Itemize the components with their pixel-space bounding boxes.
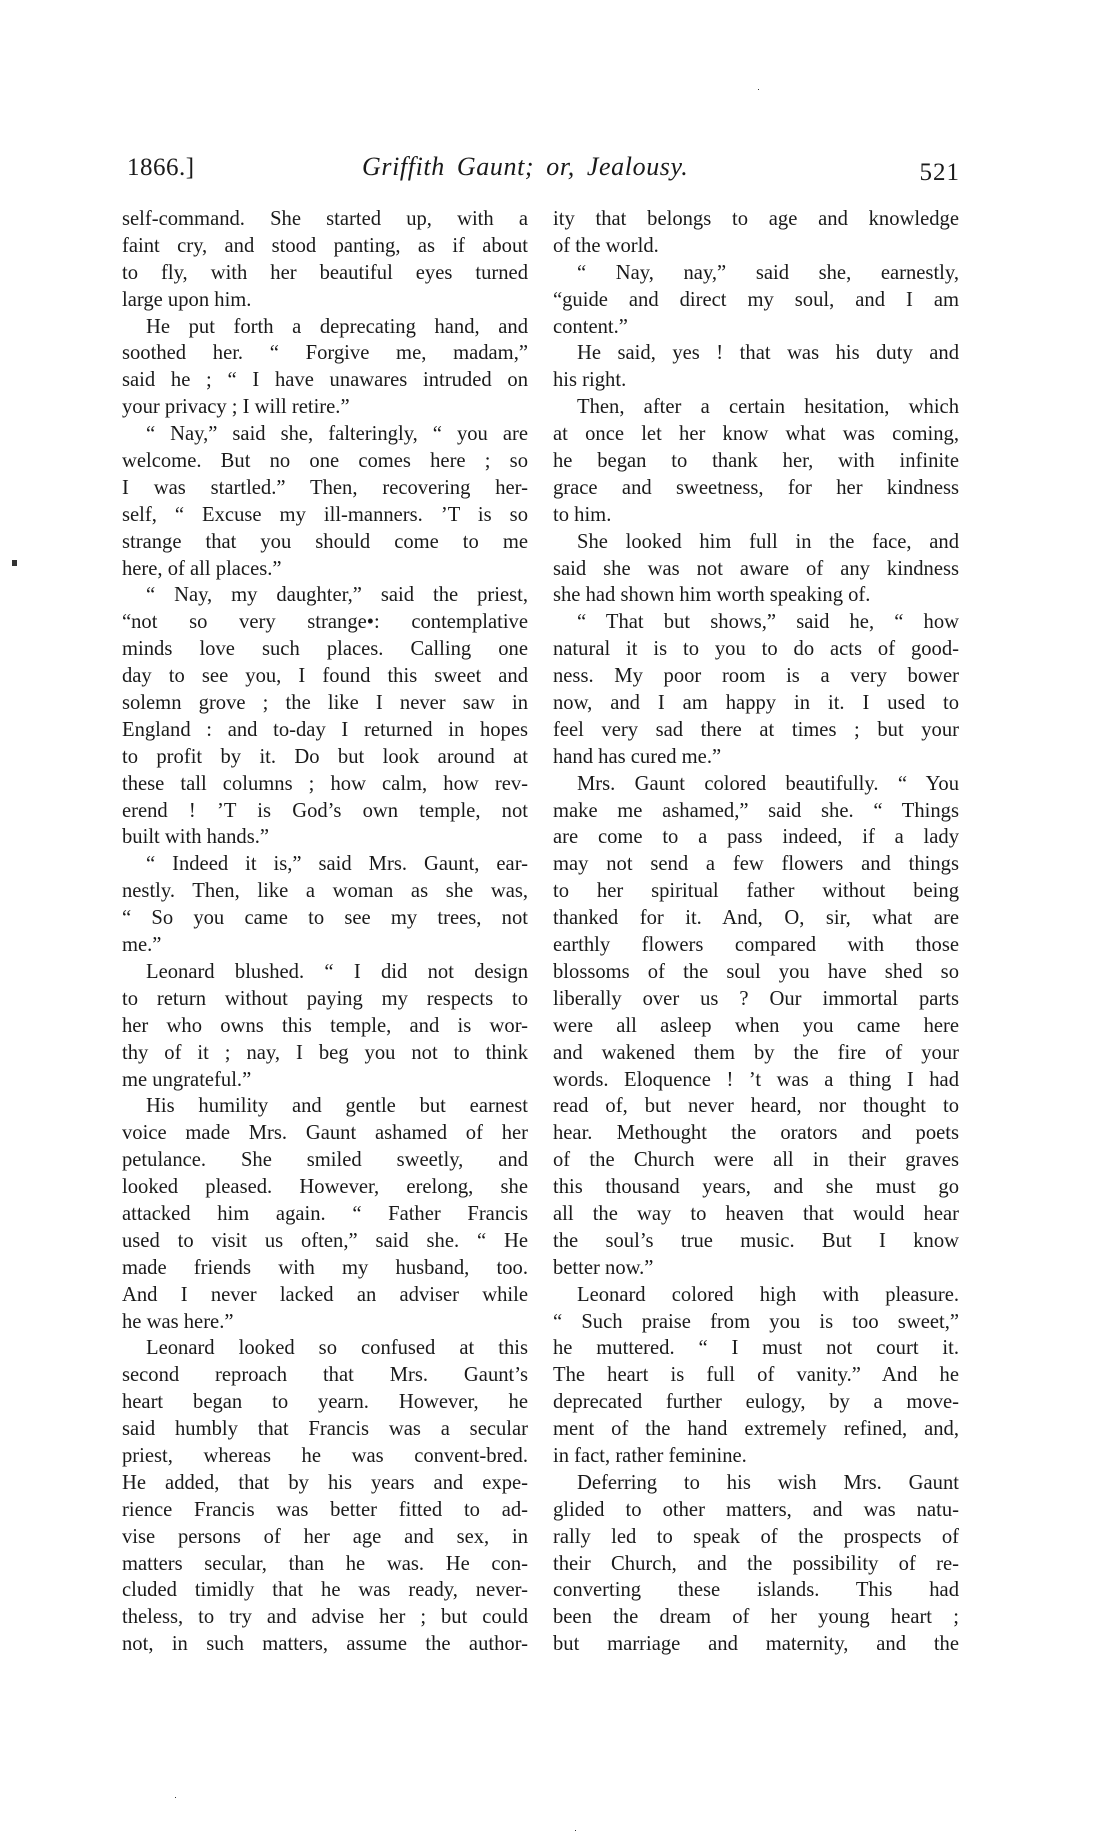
text-line: She looked him full in the face, and [553, 529, 959, 556]
scan-speck [758, 89, 759, 90]
text-line: ness. My poor room is a very bower [553, 663, 959, 690]
text-line: their Church, and the possibility of re- [553, 1551, 959, 1578]
text-line: better now.” [553, 1255, 959, 1282]
text-line: your privacy ; I will retire.” [122, 394, 528, 421]
text-line: he was here.” [122, 1309, 528, 1336]
text-line: rience Francis was better fitted to ad- [122, 1497, 528, 1524]
text-line: content.” [553, 314, 959, 341]
text-line: feel very sad there at times ; but your [553, 717, 959, 744]
left-text-column: self-command. She started up, with afain… [122, 206, 528, 1658]
text-line: petulance. She smiled sweetly, and [122, 1147, 528, 1174]
text-line: “ Such praise from you is too sweet,” [553, 1309, 959, 1336]
text-line: Leonard looked so confused at this [122, 1335, 528, 1362]
running-head-title: Griffith Gaunt; or, Jealousy. [362, 152, 688, 182]
text-line: not, in such matters, assume the author- [122, 1631, 528, 1658]
text-line: to her spiritual father without being [553, 878, 959, 905]
text-line: priest, whereas he was convent-bred. [122, 1443, 528, 1470]
right-text-column: ity that belongs to age and knowledgeof … [553, 206, 959, 1658]
text-line: erend ! ’T is God’s own temple, not [122, 798, 528, 825]
text-line: “ So you came to see my trees, not [122, 905, 528, 932]
text-line: cluded timidly that he was ready, never- [122, 1577, 528, 1604]
text-line: earthly flowers compared with those [553, 932, 959, 959]
text-line: liberally over us ? Our immortal parts [553, 986, 959, 1013]
text-line: His humility and gentle but earnest [122, 1093, 528, 1120]
text-line: Leonard blushed. “ I did not design [122, 959, 528, 986]
book-page: 1866.] Griffith Gaunt; or, Jealousy. 521… [0, 0, 1120, 1837]
text-line: natural it is to you to do acts of good- [553, 636, 959, 663]
text-line: hear. Methought the orators and poets [553, 1120, 959, 1147]
text-line: hand has cured me.” [553, 744, 959, 771]
text-line: “ Nay, my daughter,” said the priest, [122, 582, 528, 609]
text-line: and wakened them by the fire of your [553, 1040, 959, 1067]
text-line: these tall columns ; how calm, how rev- [122, 771, 528, 798]
text-line: heart began to yearn. However, he [122, 1389, 528, 1416]
text-line: ity that belongs to age and knowledge [553, 206, 959, 233]
running-head-year: 1866.] [127, 154, 195, 182]
text-line: to fly, with her beautiful eyes turned [122, 260, 528, 287]
text-line: welcome. But no one comes here ; so [122, 448, 528, 475]
text-line: self, “ Excuse my ill-manners. ’T is so [122, 502, 528, 529]
text-line: to profit by it. Do but look around at [122, 744, 528, 771]
scan-speck [575, 1830, 576, 1831]
text-line: England : and to-day I returned in hopes [122, 717, 528, 744]
page-number: 521 [920, 159, 961, 187]
text-line: “ That but shows,” said he, “ how [553, 609, 959, 636]
text-line: He said, yes ! that was his duty and [553, 340, 959, 367]
text-line: make me ashamed,” said she. “ Things [553, 798, 959, 825]
text-line: here, of all places.” [122, 556, 528, 583]
text-line: Mrs. Gaunt colored beautifully. “ You [553, 771, 959, 798]
running-head: 1866.] Griffith Gaunt; or, Jealousy. 521 [122, 150, 962, 190]
text-line: “ Nay,” said she, falteringly, “ you are [122, 421, 528, 448]
text-line: read of, but never heard, nor thought to [553, 1093, 959, 1120]
text-line: faint cry, and stood panting, as if abou… [122, 233, 528, 260]
text-line: self-command. She started up, with a [122, 206, 528, 233]
text-line: said he ; “ I have unawares intruded on [122, 367, 528, 394]
text-line: The heart is full of vanity.” And he [553, 1362, 959, 1389]
text-line: deprecated further eulogy, by a move- [553, 1389, 959, 1416]
text-line: are come to a pass indeed, if a lady [553, 824, 959, 851]
text-line: she had shown him worth speaking of. [553, 582, 959, 609]
text-line: words. Eloquence ! ’t was a thing I had [553, 1067, 959, 1094]
text-line: blossoms of the soul you have shed so [553, 959, 959, 986]
text-line: at once let her know what was coming, [553, 421, 959, 448]
text-line: He put forth a deprecating hand, and [122, 314, 528, 341]
text-line: day to see you, I found this sweet and [122, 663, 528, 690]
text-line: Deferring to his wish Mrs. Gaunt [553, 1470, 959, 1497]
text-line: his right. [553, 367, 959, 394]
text-line: of the world. [553, 233, 959, 260]
text-line: in fact, rather feminine. [553, 1443, 959, 1470]
text-line: attacked him again. “ Father Francis [122, 1201, 528, 1228]
scan-speck [12, 560, 17, 566]
text-line: to return without paying my respects to [122, 986, 528, 1013]
text-line: large upon him. [122, 287, 528, 314]
text-line: “ Indeed it is,” said Mrs. Gaunt, ear- [122, 851, 528, 878]
text-line: made friends with my husband, too. [122, 1255, 528, 1282]
text-line: to him. [553, 502, 959, 529]
text-line: rally led to speak of the prospects of [553, 1524, 959, 1551]
text-line: strange that you should come to me [122, 529, 528, 556]
text-line: I was startled.” Then, recovering her- [122, 475, 528, 502]
scan-speck [175, 1797, 176, 1798]
text-line: thanked for it. And, O, sir, what are [553, 905, 959, 932]
text-line: solemn grove ; the like I never saw in [122, 690, 528, 717]
text-line: me.” [122, 932, 528, 959]
text-line: Then, after a certain hesitation, which [553, 394, 959, 421]
text-line: said humbly that Francis was a secular [122, 1416, 528, 1443]
text-line: this thousand years, and she must go [553, 1174, 959, 1201]
text-line: minds love such places. Calling one [122, 636, 528, 663]
text-line: all the way to heaven that would hear [553, 1201, 959, 1228]
text-line: ment of the hand extremely refined, and, [553, 1416, 959, 1443]
text-line: voice made Mrs. Gaunt ashamed of her [122, 1120, 528, 1147]
text-line: converting these islands. This had [553, 1577, 959, 1604]
text-line: said she was not aware of any kindness [553, 556, 959, 583]
text-line: theless, to try and advise her ; but cou… [122, 1604, 528, 1631]
text-line: thy of it ; nay, I beg you not to think [122, 1040, 528, 1067]
text-line: he began to thank her, with infinite [553, 448, 959, 475]
text-line: vise persons of her age and sex, in [122, 1524, 528, 1551]
text-line: were all asleep when you came here [553, 1013, 959, 1040]
text-line: built with hands.” [122, 824, 528, 851]
text-line: but marriage and maternity, and the [553, 1631, 959, 1658]
text-line: He added, that by his years and expe- [122, 1470, 528, 1497]
text-line: me ungrateful.” [122, 1067, 528, 1094]
text-line: he muttered. “ I must not court it. [553, 1335, 959, 1362]
text-line: And I never lacked an adviser while [122, 1282, 528, 1309]
text-line: second reproach that Mrs. Gaunt’s [122, 1362, 528, 1389]
text-line: “not so very strange•: contemplative [122, 609, 528, 636]
text-line: may not send a few flowers and things [553, 851, 959, 878]
text-line: soothed her. “ Forgive me, madam,” [122, 340, 528, 367]
text-line: “guide and direct my soul, and I am [553, 287, 959, 314]
text-line: grace and sweetness, for her kindness [553, 475, 959, 502]
text-line: matters secular, than he was. He con- [122, 1551, 528, 1578]
text-line: nestly. Then, like a woman as she was, [122, 878, 528, 905]
text-line: looked pleased. However, erelong, she [122, 1174, 528, 1201]
text-line: of the Church were all in their graves [553, 1147, 959, 1174]
text-line: been the dream of her young heart ; [553, 1604, 959, 1631]
text-line: now, and I am happy in it. I used to [553, 690, 959, 717]
text-line: glided to other matters, and was natu- [553, 1497, 959, 1524]
text-line: her who owns this temple, and is wor- [122, 1013, 528, 1040]
text-line: used to visit us often,” said she. “ He [122, 1228, 528, 1255]
text-line: Leonard colored high with pleasure. [553, 1282, 959, 1309]
text-line: the soul’s true music. But I know [553, 1228, 959, 1255]
text-line: “ Nay, nay,” said she, earnestly, [553, 260, 959, 287]
